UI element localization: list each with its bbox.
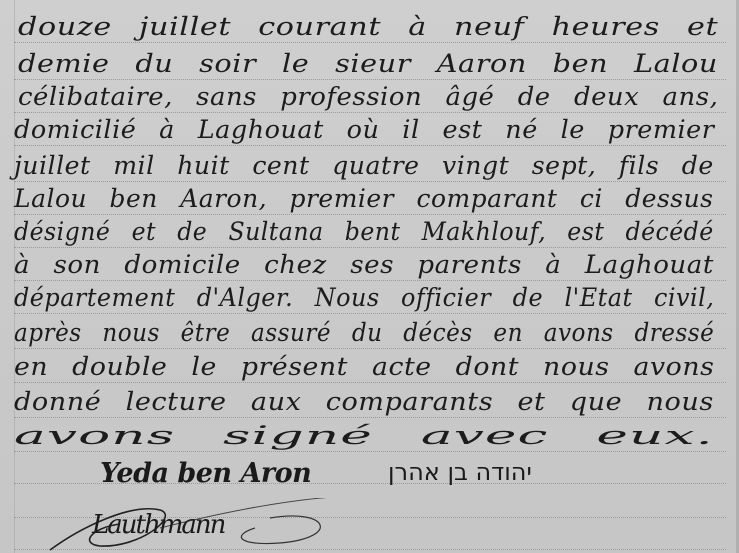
text-line: juillet mil huit cent quatre vingt sept,… <box>14 151 714 180</box>
ruled-line <box>14 313 726 314</box>
text-line: avons signé avec eux. <box>14 421 714 450</box>
officer-signature-text: Lauthmann <box>92 510 224 540</box>
ruled-line <box>14 348 726 349</box>
ruled-line <box>14 280 726 281</box>
ruled-line <box>14 451 726 452</box>
text-line: après nous être assuré du décès en avons… <box>14 318 714 347</box>
ruled-line <box>14 214 726 215</box>
witness-signature-latin: Yeda ben Aron <box>100 458 311 489</box>
text-line: département d'Alger. Nous officier de l'… <box>14 283 714 312</box>
text-line: en double le présent acte dont nous avon… <box>14 352 714 381</box>
ruled-line <box>14 42 726 43</box>
text-line: célibataire, sans profession âgé de deux… <box>18 82 718 111</box>
text-line: désigné et de Sultana bent Makhlouf, est… <box>14 217 714 246</box>
ruled-line <box>14 79 726 80</box>
ruled-line <box>14 382 726 383</box>
ruled-line <box>14 145 726 146</box>
ruled-line <box>14 181 726 182</box>
officer-signature: Lauthmann <box>40 498 360 553</box>
text-line: douze juillet courant à neuf heures et <box>18 12 718 41</box>
ruled-line <box>14 247 726 248</box>
witness-signature-hebrew: יהודה בן אהרן <box>388 458 532 486</box>
ruled-line <box>14 112 726 113</box>
ruled-line <box>14 417 726 418</box>
text-line: domicilié à Laghouat où il est né le pre… <box>14 115 714 144</box>
document-page: douze juillet courant à neuf heures et d… <box>0 0 739 553</box>
text-line: à son domicile chez ses parents à Laghou… <box>14 250 714 279</box>
text-line: Lalou ben Aaron, premier comparant ci de… <box>14 184 714 213</box>
text-line: demie du soir le sieur Aaron ben Lalou <box>18 49 718 78</box>
text-line: donné lecture aux comparants et que nous <box>14 387 714 416</box>
